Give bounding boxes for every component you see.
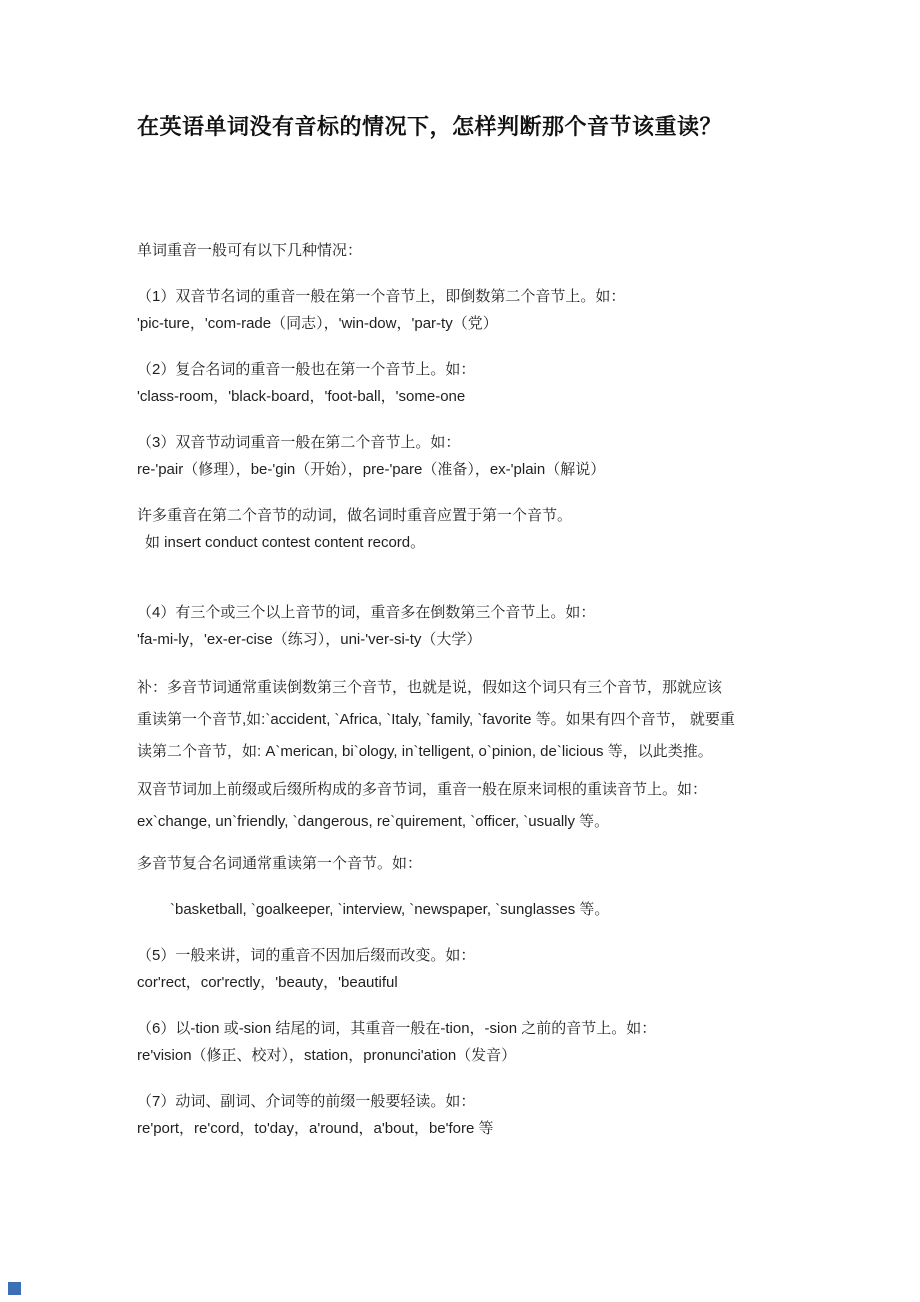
paragraph-line: （4）有三个或三个以上音节的词，重音多在倒数第三个音节上。如： bbox=[137, 599, 792, 626]
paragraph-intro: 单词重音一般可有以下几种情况： bbox=[137, 237, 792, 264]
example-line: ex`change, un`friendly, `dangerous, re`q… bbox=[137, 806, 792, 838]
paragraph-line: 双音节词加上前缀或后缀所构成的多音节词，重音一般在原来词根的重读音节上。如： bbox=[137, 774, 792, 806]
document-page: 在英语单词没有音标的情况下，怎样判断那个音节该重读？ 单词重音一般可有以下几种情… bbox=[0, 0, 920, 1302]
paragraph-line: 读第二个音节，如: A`merican, bi`ology, in`tellig… bbox=[137, 736, 792, 768]
example-line: cor'rect，cor'rectly，'beauty，'beautiful bbox=[137, 969, 792, 996]
paragraph-rule-1: （1）双音节名词的重音一般在第一个音节上，即倒数第二个音节上。如： 'pic-t… bbox=[137, 283, 792, 337]
paragraph-line: 许多重音在第二个音节的动词，做名词时重音应置于第一个音节。 bbox=[137, 502, 792, 529]
paragraph-line: 单词重音一般可有以下几种情况： bbox=[137, 237, 792, 264]
paragraph-verb-note: 许多重音在第二个音节的动词，做名词时重音应置于第一个音节。 如 insert c… bbox=[137, 502, 792, 556]
paragraph-line: 重读第一个音节,如:`accident, `Africa, `Italy, `f… bbox=[137, 704, 792, 736]
example-line: 'fa-mi-ly，'ex-er-cise（练习），uni-'ver-si-ty… bbox=[137, 626, 792, 653]
example-line: re-'pair（修理），be-'gin（开始），pre-'pare（准备），e… bbox=[137, 456, 792, 483]
paragraph-line: （1）双音节名词的重音一般在第一个音节上，即倒数第二个音节上。如： bbox=[137, 283, 792, 310]
example-line: re'port，re'cord，to'day，a'round，a'bout，be… bbox=[137, 1115, 792, 1142]
paragraph-rule-7: （7）动词、副词、介词等的前缀一般要轻读。如： re'port，re'cord，… bbox=[137, 1088, 792, 1142]
example-line: 如 insert conduct contest content record。 bbox=[137, 529, 792, 556]
paragraph-line: （6）以-tion 或-sion 结尾的词，其重音一般在-tion，-sion … bbox=[137, 1015, 792, 1042]
paragraph-compound-examples: `basketball, `goalkeeper, `interview, `n… bbox=[137, 896, 792, 923]
example-line: 'pic-ture，'com-rade（同志），'win-dow，'par-ty… bbox=[137, 310, 792, 337]
paragraph-supplement: 补：多音节词通常重读倒数第三个音节，也就是说，假如这个词只有三个音节，那就应该 … bbox=[137, 672, 792, 768]
page-corner-mark bbox=[8, 1282, 21, 1295]
example-line: re'vision（修正、校对），station，pronunci'ation（… bbox=[137, 1042, 792, 1069]
paragraph-line: 补：多音节词通常重读倒数第三个音节，也就是说，假如这个词只有三个音节，那就应该 bbox=[137, 672, 792, 704]
paragraph-rule-6: （6）以-tion 或-sion 结尾的词，其重音一般在-tion，-sion … bbox=[137, 1015, 792, 1069]
paragraph-rule-4: （4）有三个或三个以上音节的词，重音多在倒数第三个音节上。如： 'fa-mi-l… bbox=[137, 599, 792, 653]
paragraph-line: （2）复合名词的重音一般也在第一个音节上。如： bbox=[137, 356, 792, 383]
paragraph-compound-note: 多音节复合名词通常重读第一个音节。如： bbox=[137, 850, 792, 877]
example-line: `basketball, `goalkeeper, `interview, `n… bbox=[137, 896, 792, 923]
paragraph-line: （3）双音节动词重音一般在第二个音节上。如： bbox=[137, 429, 792, 456]
paragraph-rule-2: （2）复合名词的重音一般也在第一个音节上。如： 'class-room，'bla… bbox=[137, 356, 792, 410]
paragraph-rule-3: （3）双音节动词重音一般在第二个音节上。如： re-'pair（修理），be-'… bbox=[137, 429, 792, 483]
document-title: 在英语单词没有音标的情况下，怎样判断那个音节该重读？ bbox=[137, 112, 792, 142]
paragraph-line: （7）动词、副词、介词等的前缀一般要轻读。如： bbox=[137, 1088, 792, 1115]
example-line: 'class-room，'black-board，'foot-ball，'som… bbox=[137, 383, 792, 410]
paragraph-line: （5）一般来讲，词的重音不因加后缀而改变。如： bbox=[137, 942, 792, 969]
paragraph-rule-5: （5）一般来讲，词的重音不因加后缀而改变。如： cor'rect，cor'rec… bbox=[137, 942, 792, 996]
paragraph-affix-note: 双音节词加上前缀或后缀所构成的多音节词，重音一般在原来词根的重读音节上。如： e… bbox=[137, 774, 792, 838]
paragraph-line: 多音节复合名词通常重读第一个音节。如： bbox=[137, 850, 792, 877]
